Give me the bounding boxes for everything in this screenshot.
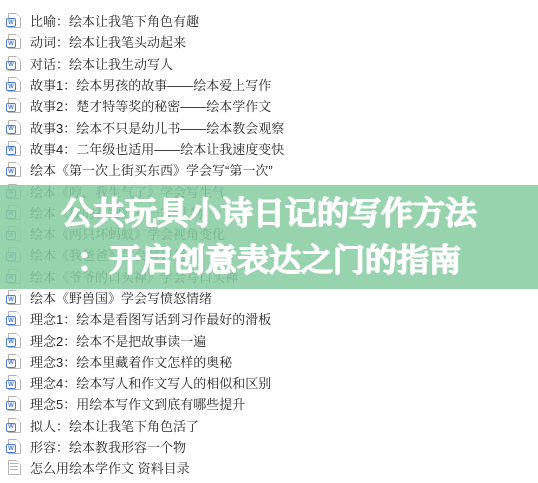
word-file-icon — [8, 141, 21, 156]
word-file-icon — [8, 120, 21, 135]
list-item-label: 故事2：楚才特等奖的秘密——绘本学作文 — [30, 96, 271, 115]
list-item-label: 故事4：二年级也适用——绘本让我速度变快 — [30, 139, 284, 158]
list-item[interactable]: 绘本《野兽国》学会写愤怒情绪 — [0, 287, 538, 308]
page: 比喻：绘本让我笔下角色有趣 动词：绘本让我笔头动起来 对话：绘本让我生动写人 故… — [0, 0, 538, 483]
list-item-label: 动词：绘本让我笔头动起来 — [30, 32, 186, 51]
list-item[interactable]: 理念3：绘本里藏着作文怎样的奥秘 — [0, 351, 538, 372]
list-item-label: 理念2：绘本不是把故事读一遍 — [30, 331, 206, 350]
list-item[interactable]: 形容：绘本教我形容一个物 — [0, 436, 538, 457]
list-item-label: 绘本《第一次上街买东西》学会写“第一次” — [30, 160, 273, 179]
word-file-icon — [8, 56, 21, 71]
list-item[interactable]: 理念5：用绘本写作文到底有哪些提升 — [0, 393, 538, 414]
word-file-icon — [8, 418, 21, 433]
list-item-label: 故事3：绘本不只是幼儿书——绘本教会观察 — [30, 118, 284, 137]
list-item-label: 故事1：绘本男孩的故事——绘本爱上写作 — [30, 75, 271, 94]
word-file-icon — [8, 290, 21, 305]
word-file-icon — [8, 98, 21, 113]
list-item[interactable]: 故事1：绘本男孩的故事——绘本爱上写作 — [0, 74, 538, 95]
text-file-icon — [8, 460, 21, 475]
list-item-label: 拟人：绘本让我笔下角色活了 — [30, 416, 199, 435]
list-item[interactable]: 理念4：绘本写人和作文写人的相似和区别 — [0, 372, 538, 393]
list-item[interactable]: 比喻：绘本让我笔下角色有趣 — [0, 10, 538, 31]
word-file-icon — [8, 77, 21, 92]
overlay-title-line1: 公共玩具小诗日记的写作方法 — [61, 190, 477, 237]
word-file-icon — [8, 13, 21, 28]
overlay-title-line2: ：开启创意表达之门的指南 — [77, 237, 461, 284]
word-file-icon — [8, 162, 21, 177]
list-item-label: 理念1：绘本是看图写话到习作最好的滑板 — [30, 309, 271, 328]
list-item-label: 怎么用绘本学作文 资料目录 — [30, 458, 190, 477]
list-item[interactable]: 拟人：绘本让我笔下角色活了 — [0, 415, 538, 436]
list-item-label: 理念3：绘本里藏着作文怎样的奥秘 — [30, 352, 232, 371]
list-item[interactable]: 理念1：绘本是看图写话到习作最好的滑板 — [0, 308, 538, 329]
list-item-label: 绘本《野兽国》学会写愤怒情绪 — [30, 288, 212, 307]
list-item[interactable]: 故事3：绘本不只是幼儿书——绘本教会观察 — [0, 116, 538, 137]
list-item-label: 理念4：绘本写人和作文写人的相似和区别 — [30, 373, 271, 392]
word-file-icon — [8, 311, 21, 326]
list-item[interactable]: 动词：绘本让我笔头动起来 — [0, 31, 538, 52]
list-item[interactable]: 故事4：二年级也适用——绘本让我速度变快 — [0, 138, 538, 159]
word-file-icon — [8, 34, 21, 49]
word-file-icon — [8, 375, 21, 390]
list-item-label: 对话：绘本让我生动写人 — [30, 54, 173, 73]
list-item[interactable]: 绘本《第一次上街买东西》学会写“第一次” — [0, 159, 538, 180]
word-file-icon — [8, 354, 21, 369]
list-item-label: 比喻：绘本让我笔下角色有趣 — [30, 11, 199, 30]
word-file-icon — [8, 396, 21, 411]
list-item[interactable]: 对话：绘本让我生动写人 — [0, 53, 538, 74]
list-item-label: 理念5：用绘本写作文到底有哪些提升 — [30, 394, 245, 413]
list-item[interactable]: 怎么用绘本学作文 资料目录 — [0, 457, 538, 478]
word-file-icon — [8, 333, 21, 348]
list-item[interactable]: 理念2：绘本不是把故事读一遍 — [0, 329, 538, 350]
word-file-icon — [8, 439, 21, 454]
list-item[interactable]: 故事2：楚才特等奖的秘密——绘本学作文 — [0, 95, 538, 116]
list-item-label: 形容：绘本教我形容一个物 — [30, 437, 186, 456]
title-overlay: 公共玩具小诗日记的写作方法 ：开启创意表达之门的指南 — [0, 185, 538, 289]
